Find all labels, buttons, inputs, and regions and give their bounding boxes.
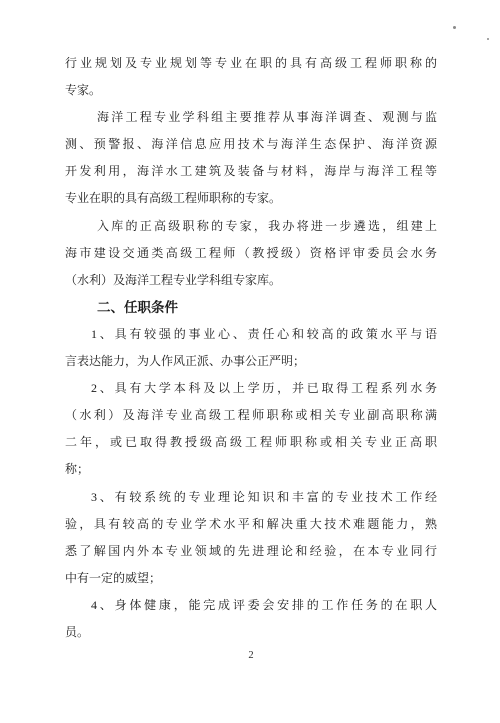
text-line: （水利）及海洋专业高级工程师职称或相关专业副高职称满 xyxy=(65,402,437,429)
text-line: 专家。 xyxy=(65,77,437,104)
text-line: 3、有较系统的专业理论知识和丰富的专业技术工作经 xyxy=(65,484,437,511)
text-line: 1、具有较强的事业心、责任心和较高的政策水平与语 xyxy=(65,321,437,348)
text-line: 言表达能力，为人作风正派、办事公正严明； xyxy=(65,348,437,375)
text-line: 开发利用，海洋水工建筑及装备与材料，海岸与海洋工程等 xyxy=(65,158,437,185)
document-page: 行业规划及专业规划等专业在职的具有高级工程师职称的 专家。 海洋工程专业学科组主… xyxy=(0,0,500,723)
text-line: 二年，或已取得教授级高级工程师职称或相关专业正高职 xyxy=(65,429,437,456)
text-line: 专业在职的具有高级工程师职称的专家。 xyxy=(65,185,437,212)
document-body: 行业规划及专业规划等专业在职的具有高级工程师职称的 专家。 海洋工程专业学科组主… xyxy=(65,50,437,646)
text-line: 测、预警报、海洋信息应用技术与海洋生态保护、海洋资源 xyxy=(65,131,437,158)
text-line: 中有一定的威望； xyxy=(65,565,437,592)
text-line: 4、身体健康，能完成评委会安排的工作任务的在职人 xyxy=(65,592,437,619)
scan-speck xyxy=(487,38,489,40)
text-line: 称； xyxy=(65,456,437,483)
scan-speck xyxy=(453,26,456,29)
text-line: （水利）及海洋工程专业学科组专家库。 xyxy=(65,267,437,294)
text-line: 行业规划及专业规划等专业在职的具有高级工程师职称的 xyxy=(65,50,437,77)
page-number: 2 xyxy=(65,650,437,661)
text-line: 入库的正高级职称的专家，我办将进一步遴选，组建上 xyxy=(65,213,437,240)
text-line: 悉了解国内外本专业领域的先进理论和经验，在本专业同行 xyxy=(65,538,437,565)
text-line: 2、具有大学本科及以上学历，并已取得工程系列水务 xyxy=(65,375,437,402)
text-line: 海市建设交通类高级工程师（教授级）资格评审委员会水务 xyxy=(65,240,437,267)
text-line: 员。 xyxy=(65,619,437,646)
text-line: 海洋工程专业学科组主要推荐从事海洋调查、观测与监 xyxy=(65,104,437,131)
section-heading: 二、任职条件 xyxy=(65,294,437,321)
text-line: 验，具有较高的专业学术水平和解决重大技术难题能力，熟 xyxy=(65,511,437,538)
